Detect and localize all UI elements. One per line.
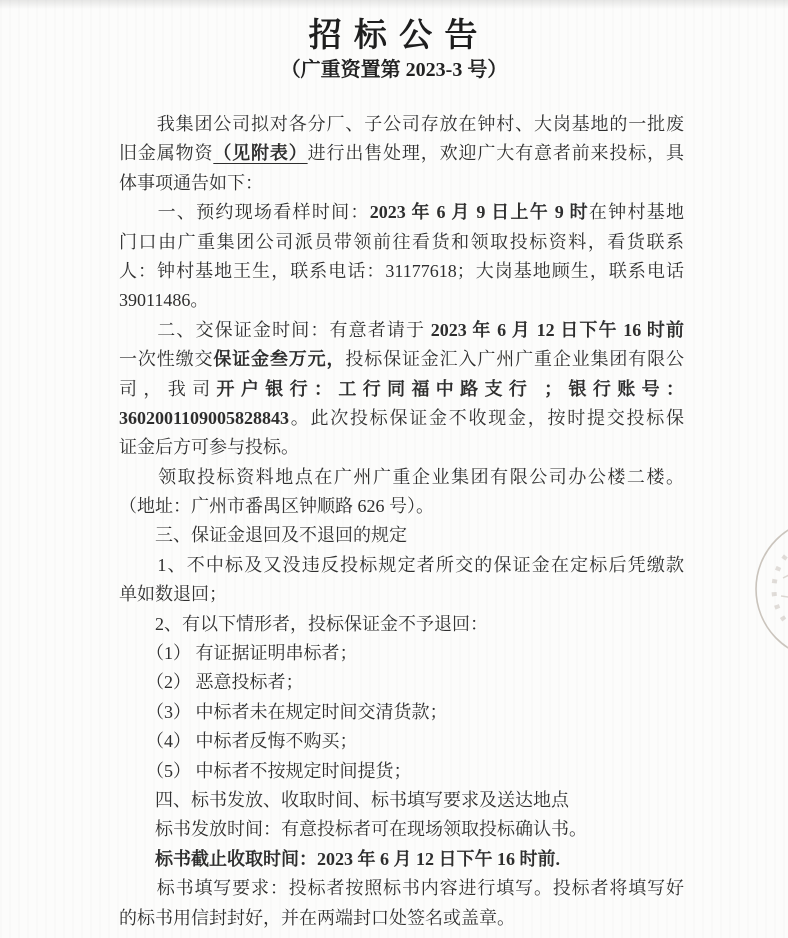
text-line: 人：钟村基地王生，联系电话：31177618；大岗基地顾生，联系电话 (119, 257, 684, 286)
body-text: 1、不中标及又没违反投标规定者所交的保证金在定标后凭缴款 (119, 555, 684, 575)
body-text: 。此次投标保证金不收现金，按时提交投标保 (289, 408, 684, 428)
body-text: 旧金属物资 (119, 143, 213, 163)
body-text: 体事项通告如下： (119, 173, 263, 193)
text-line: 我集团公司拟对各分厂、子公司存放在钟村、大岗基地的一批废 (119, 110, 684, 139)
text-line: 标书填写要求：投标者按照标书内容进行填写。投标者将填写好 (119, 874, 684, 903)
body-text: 司，我司 (119, 379, 216, 399)
text-line: （地址：广州市番禺区钟顺路 626 号）。 (119, 492, 684, 521)
text-line: 3602001109005828843。此次投标保证金不收现金，按时提交投标保 (119, 404, 684, 433)
text-line: 单如数退回； (119, 580, 684, 609)
scan-edge-artifact (0, 0, 788, 9)
emphasized-text: 2023 年 6 月 12 日下午 16 时前 (431, 320, 684, 340)
document-number: （广重资置第 2023-3 号） (0, 57, 788, 83)
emphasized-text: 2023 年 6 月 9 日上午 9 时 (370, 202, 589, 222)
emphasized-text: 开户银行：工行同福中路支行 ；银行账号： (216, 379, 684, 399)
body-text: 四、标书发放、收取时间、标书填写要求及送达地点 (119, 790, 569, 810)
text-line: 四、标书发放、收取时间、标书填写要求及送达地点 (119, 786, 684, 815)
body-text: 门口由广重集团公司派员带领前往看货和领取投标资料，看货联系 (119, 232, 684, 252)
emphasized-text: （见附表） (213, 143, 307, 163)
body-text: （地址：广州市番禺区钟顺路 626 号）。 (119, 496, 434, 516)
body-text: 三、保证金退回及不退回的规定 (119, 525, 407, 545)
body-text: 证金后方可参与投标。 (119, 437, 299, 457)
body-text: 我集团公司拟对各分厂、子公司存放在钟村、大岗基地的一批废 (119, 114, 684, 134)
text-line: 的标书用信封封好，并在两端封口处签名或盖章。 (119, 904, 684, 933)
text-line: 领取投标资料地点在广州广重企业集团有限公司办公楼二楼。 (119, 463, 684, 492)
body-text: 单如数退回； (119, 584, 227, 604)
document-title: 招 标 公 告 (0, 16, 788, 56)
body-text: （1） 有证据证明串标者； (119, 643, 358, 663)
text-line: 一、预约现场看样时间：2023 年 6 月 9 日上午 9 时在钟村基地 (119, 198, 684, 227)
text-line: （1） 有证据证明串标者； (119, 639, 684, 668)
body-text (119, 849, 155, 869)
text-line: 二、交保证金时间：有意者请于 2023 年 6 月 12 日下午 16 时前 (119, 316, 684, 345)
body-text: 领取投标资料地点在广州广重企业集团有限公司办公楼二楼。 (119, 467, 684, 487)
body-text: 标书填写要求：投标者按照标书内容进行填写。投标者将填写好 (119, 878, 684, 898)
text-line: 旧金属物资（见附表）进行出售处理，欢迎广大有意者前来投标，具 (119, 139, 684, 168)
text-line: 司，我司开户银行：工行同福中路支行 ；银行账号： (119, 375, 684, 404)
text-line: （4） 中标者反悔不购买； (119, 727, 684, 756)
body-text: （3） 中标者未在规定时间交清货款； (119, 702, 448, 722)
body-text: 39011486。 (119, 290, 208, 310)
text-line: 39011486。 (119, 286, 684, 315)
body-text: （4） 中标者反悔不购买； (119, 731, 358, 751)
body-text: 人：钟村基地王生，联系电话：31177618；大岗基地顾生，联系电话 (119, 261, 684, 281)
body-text: （5） 中标者不按规定时间提货； (119, 761, 412, 781)
text-line: （2） 恶意投标者； (119, 668, 684, 697)
body-text: 二、交保证金时间：有意者请于 (119, 320, 431, 340)
body-text: （2） 恶意投标者； (119, 672, 304, 692)
emphasized-text: 3602001109005828843 (119, 408, 289, 428)
body-text: 一次性缴交 (119, 349, 213, 369)
text-line: 2、有以下情形者，投标保证金不予退回： (119, 610, 684, 639)
text-line: 一次性缴交保证金叁万元，投标保证金汇入广州广重企业集团有限公 (119, 345, 684, 374)
body-text: 进行出售处理，欢迎广大有意者前来投标，具 (308, 143, 684, 163)
text-line: （5） 中标者不按规定时间提货； (119, 757, 684, 786)
body-text: 的标书用信封封好，并在两端封口处签名或盖章。 (119, 908, 515, 928)
text-line: 三、保证金退回及不退回的规定 (119, 521, 684, 550)
official-seal-stamp (753, 516, 788, 662)
emphasized-text: 标书截止收取时间：2023 年 6 月 12 日下午 16 时前. (155, 849, 560, 869)
document-body: 我集团公司拟对各分厂、子公司存放在钟村、大岗基地的一批废旧金属物资（见附表）进行… (119, 110, 684, 933)
body-text: 一、预约现场看样时间： (119, 202, 370, 222)
body-text: 投标保证金汇入广州广重企业集团有限公 (345, 349, 684, 369)
text-line: 1、不中标及又没违反投标规定者所交的保证金在定标后凭缴款 (119, 551, 684, 580)
text-line: 标书截止收取时间：2023 年 6 月 12 日下午 16 时前. (119, 845, 684, 874)
body-text: 标书发放时间：有意投标者可在现场领取投标确认书。 (119, 819, 587, 839)
body-text: 在钟村基地 (589, 202, 684, 222)
text-line: 证金后方可参与投标。 (119, 433, 684, 462)
body-text: 2、有以下情形者，投标保证金不予退回： (119, 614, 488, 634)
emphasized-text: 保证金叁万元， (213, 349, 345, 369)
text-line: 体事项通告如下： (119, 169, 684, 198)
text-line: 门口由广重集团公司派员带领前往看货和领取投标资料，看货联系 (119, 228, 684, 257)
scanned-document-page: 招 标 公 告 （广重资置第 2023-3 号） 我集团公司拟对各分厂、子公司存… (0, 0, 788, 938)
text-line: （3） 中标者未在规定时间交清货款； (119, 698, 684, 727)
text-line: 标书发放时间：有意投标者可在现场领取投标确认书。 (119, 815, 684, 844)
